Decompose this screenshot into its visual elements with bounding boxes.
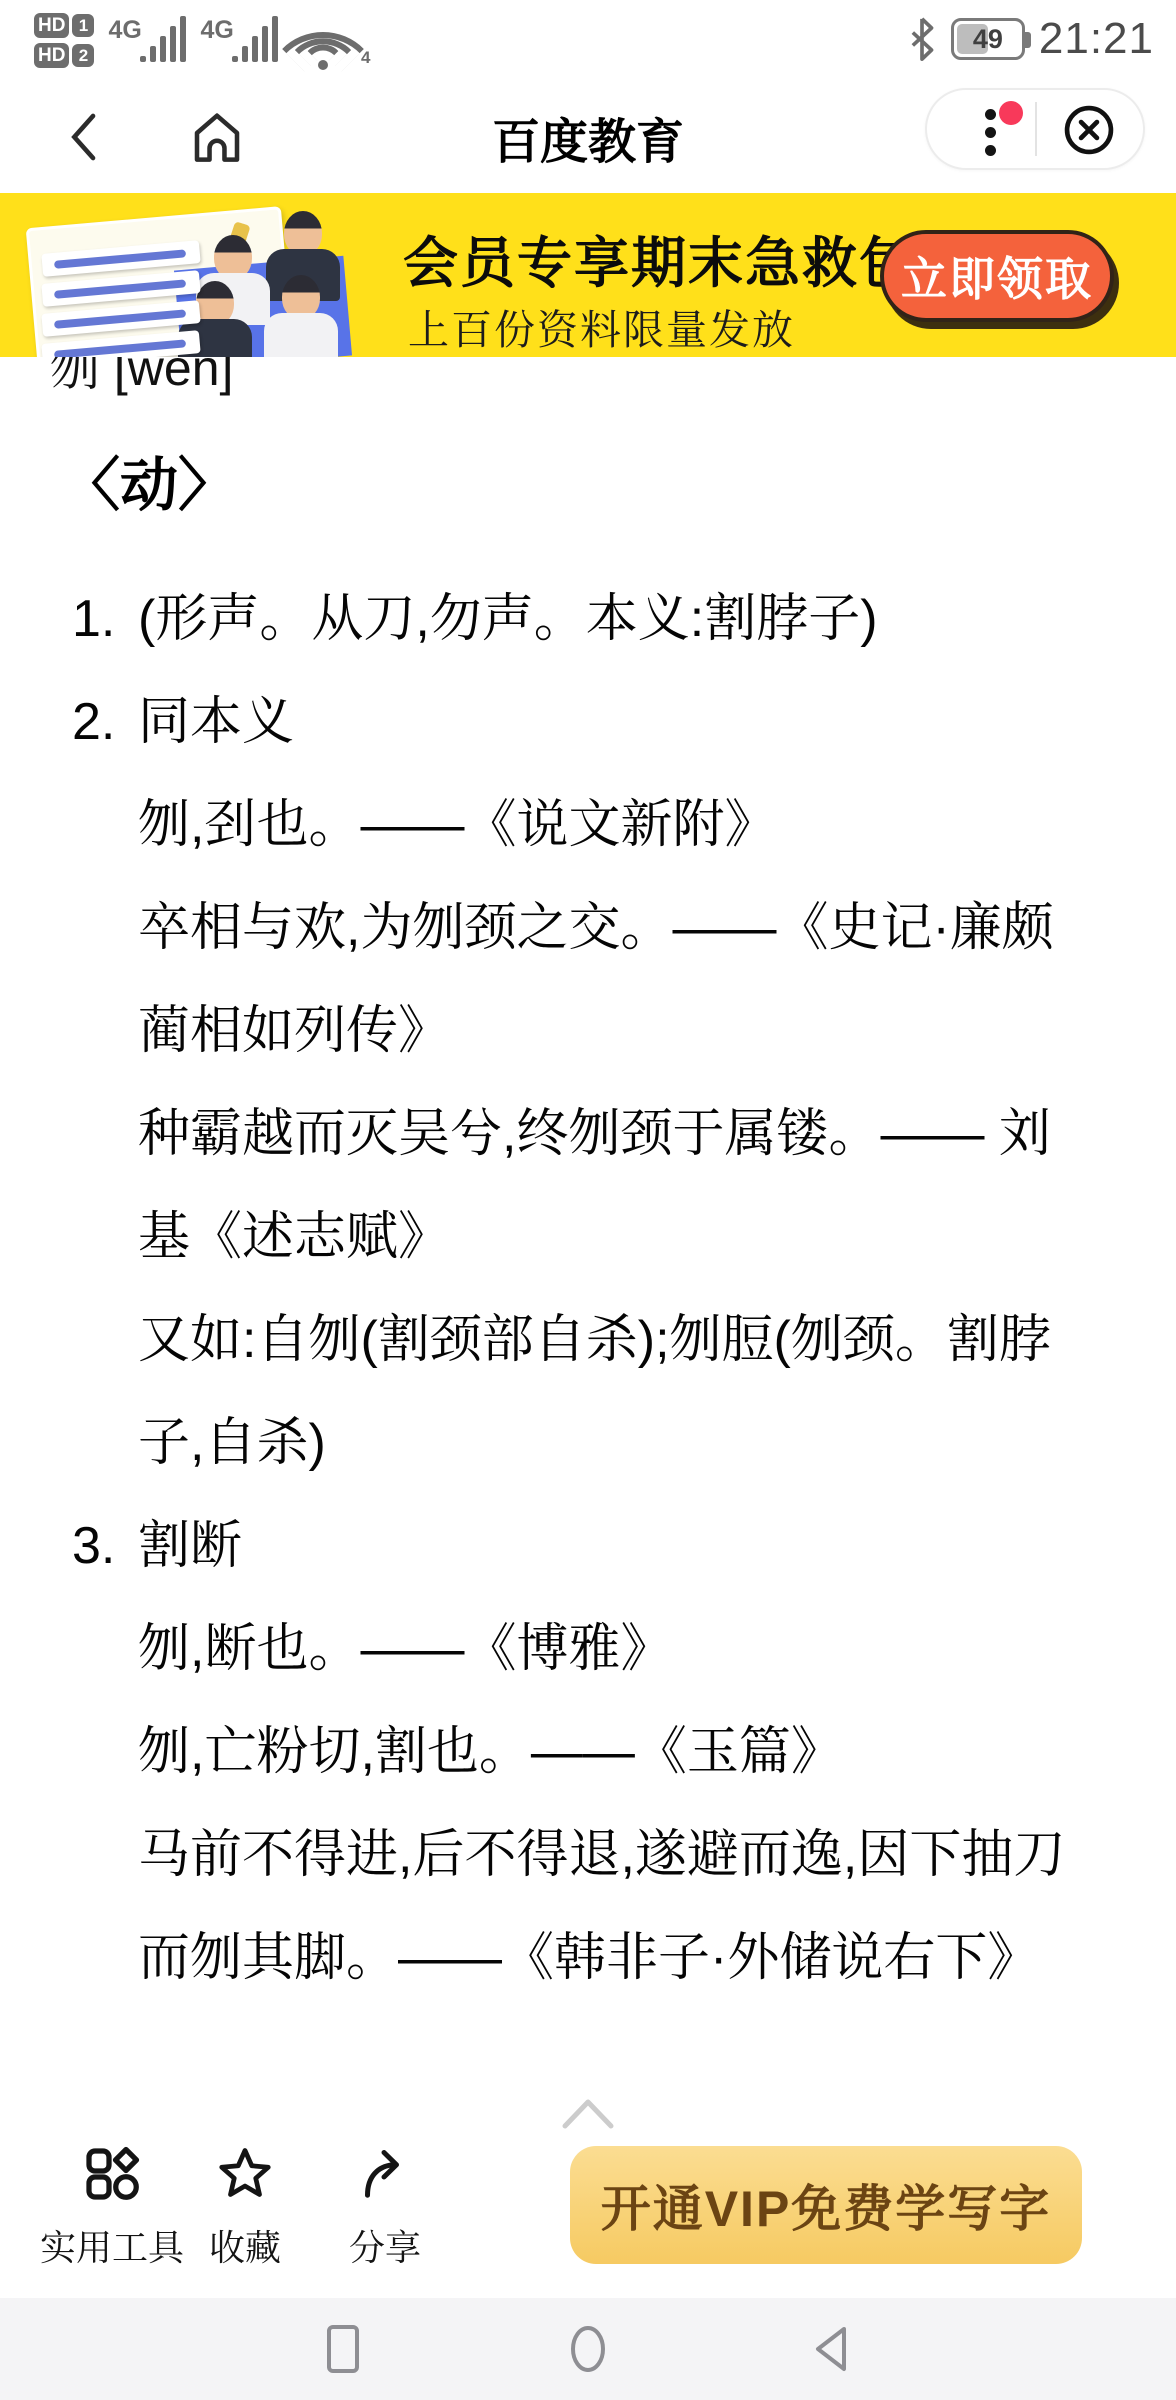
hd1-icon: HD 1 xyxy=(34,13,94,38)
row-text: 卒相与欢,为刎颈之交。——《史记·廉颇 xyxy=(138,899,1054,957)
row-text: 刎,刭也。——《说文新附》 xyxy=(138,796,776,854)
row-text: 割断 xyxy=(138,1517,242,1575)
status-bar: HD 1 HD 2 4G 4G 4 xyxy=(0,0,1176,85)
banner-subtitle: 上百份资料限量发放 xyxy=(408,297,795,356)
capsule-divider xyxy=(1035,102,1037,156)
definition-row: 刎,亡粉切,割也。——《玉篇》 xyxy=(0,1701,1176,1804)
bottom-toolbar: 实用工具 收藏 分享 开通VIP免费学写字 xyxy=(0,2088,1176,2298)
person-figure xyxy=(264,275,338,357)
definition-row: 蔺相如列传》 xyxy=(0,980,1176,1083)
home-nav-button[interactable] xyxy=(563,2324,613,2374)
definition-row: 又如:自刎(割颈部自杀);刎脰(刎颈。割脖 xyxy=(0,1289,1176,1392)
hd-volte-icons: HD 1 HD 2 xyxy=(34,13,94,68)
claim-now-button[interactable]: 立即领取 xyxy=(880,230,1114,322)
status-right-icons: 49 21:21 xyxy=(907,14,1154,64)
hd2-icon: HD 2 xyxy=(34,43,94,68)
definition-row: 3.割断 xyxy=(0,1495,1176,1598)
row-text: 种霸越而灭吴兮,终刎颈于属镂。—— 刘 xyxy=(138,1105,1051,1163)
share-icon xyxy=(355,2144,415,2204)
signal-4g-icon-2: 4G xyxy=(200,10,278,70)
row-text: 又如:自刎(割颈部自杀);刎脰(刎颈。割脖 xyxy=(138,1311,1051,1369)
network1-label: 4G xyxy=(108,16,141,45)
definition-row: 刎,刭也。——《说文新附》 xyxy=(0,774,1176,877)
battery-tip xyxy=(1025,32,1031,48)
network2-label: 4G xyxy=(200,16,233,45)
row-text: 同本义 xyxy=(138,693,294,751)
wifi-icon: 4 xyxy=(292,12,354,68)
battery-icon: 49 xyxy=(951,18,1025,60)
system-navigation-bar xyxy=(0,2298,1176,2400)
definition-row: 1.(形声。从刀,勿声。本义:割脖子) xyxy=(0,568,1176,671)
status-left-icons: HD 1 HD 2 4G 4G 4 xyxy=(34,10,354,70)
hd1-label: HD xyxy=(34,13,69,38)
close-button[interactable] xyxy=(1061,102,1117,158)
tools-button[interactable]: 实用工具 xyxy=(37,2144,187,2271)
row-number: 3. xyxy=(72,1495,115,1598)
row-number: 2. xyxy=(72,671,115,774)
bluetooth-icon xyxy=(907,17,937,61)
banner-title: 会员专享期末急救包 xyxy=(403,219,916,298)
tools-label: 实用工具 xyxy=(37,2220,187,2271)
wifi-speed-indicator: 4 xyxy=(361,48,370,68)
tools-grid-icon xyxy=(82,2144,142,2204)
share-button[interactable]: 分享 xyxy=(310,2144,460,2271)
definition-row: 刎,断也。——《博雅》 xyxy=(0,1598,1176,1701)
row-number: 1. xyxy=(72,568,115,671)
definition-list: 1.(形声。从刀,勿声。本义:割脖子) 2.同本义 刎,刭也。——《说文新附》 … xyxy=(0,568,1176,2010)
definition-row: 卒相与欢,为刎颈之交。——《史记·廉颇 xyxy=(0,877,1176,980)
definition-row: 种霸越而灭吴兮,终刎颈于属镂。—— 刘 xyxy=(0,1083,1176,1186)
definition-row: 而刎其脚。——《韩非子·外储说右下》 xyxy=(0,1907,1176,2010)
system-capsule xyxy=(925,88,1145,170)
definition-row: 2.同本义 xyxy=(0,671,1176,774)
battery-percent: 49 xyxy=(954,21,1022,57)
definition-row: 基《述志赋》 xyxy=(0,1186,1176,1289)
hd1-num: 1 xyxy=(72,14,94,37)
back-nav-button[interactable] xyxy=(808,2324,858,2374)
hd2-label: HD xyxy=(34,43,69,68)
promo-banner[interactable]: 会员专享期末急救包 上百份资料限量发放 立即领取 xyxy=(0,193,1176,357)
vip-button[interactable]: 开通VIP免费学写字 xyxy=(570,2146,1082,2264)
header: 百度教育 xyxy=(0,85,1176,188)
expand-panel-button[interactable] xyxy=(559,2094,617,2132)
clock: 21:21 xyxy=(1039,14,1154,64)
banner-photo-collage xyxy=(28,203,342,351)
row-text: 刎,亡粉切,割也。——《玉篇》 xyxy=(138,1723,843,1781)
recents-button[interactable] xyxy=(318,2324,368,2374)
definition-row: 马前不得进,后不得退,遂避而逸,因下抽刀 xyxy=(0,1804,1176,1907)
star-icon xyxy=(215,2144,275,2204)
favorite-label: 收藏 xyxy=(170,2220,320,2271)
part-of-speech: 〈动〉 xyxy=(62,438,236,522)
row-text: 蔺相如列传》 xyxy=(138,1002,450,1060)
row-text: (形声。从刀,勿声。本义:割脖子) xyxy=(138,590,878,648)
row-text: 子,自杀) xyxy=(138,1414,326,1472)
definition-row: 子,自杀) xyxy=(0,1392,1176,1495)
favorite-button[interactable]: 收藏 xyxy=(170,2144,320,2271)
hd2-num: 2 xyxy=(72,44,94,67)
signal-4g-icon-1: 4G xyxy=(108,10,186,70)
signal-bars-2 xyxy=(232,16,278,62)
notification-badge xyxy=(999,101,1023,125)
row-text: 基《述志赋》 xyxy=(138,1208,450,1266)
share-label: 分享 xyxy=(310,2220,460,2271)
signal-bars-1 xyxy=(140,16,186,62)
row-text: 刎,断也。——《博雅》 xyxy=(138,1620,672,1678)
row-text: 马前不得进,后不得退,遂避而逸,因下抽刀 xyxy=(138,1826,1065,1884)
row-text: 而刎其脚。——《韩非子·外储说右下》 xyxy=(138,1929,1039,1987)
more-menu-button[interactable] xyxy=(979,107,1019,155)
